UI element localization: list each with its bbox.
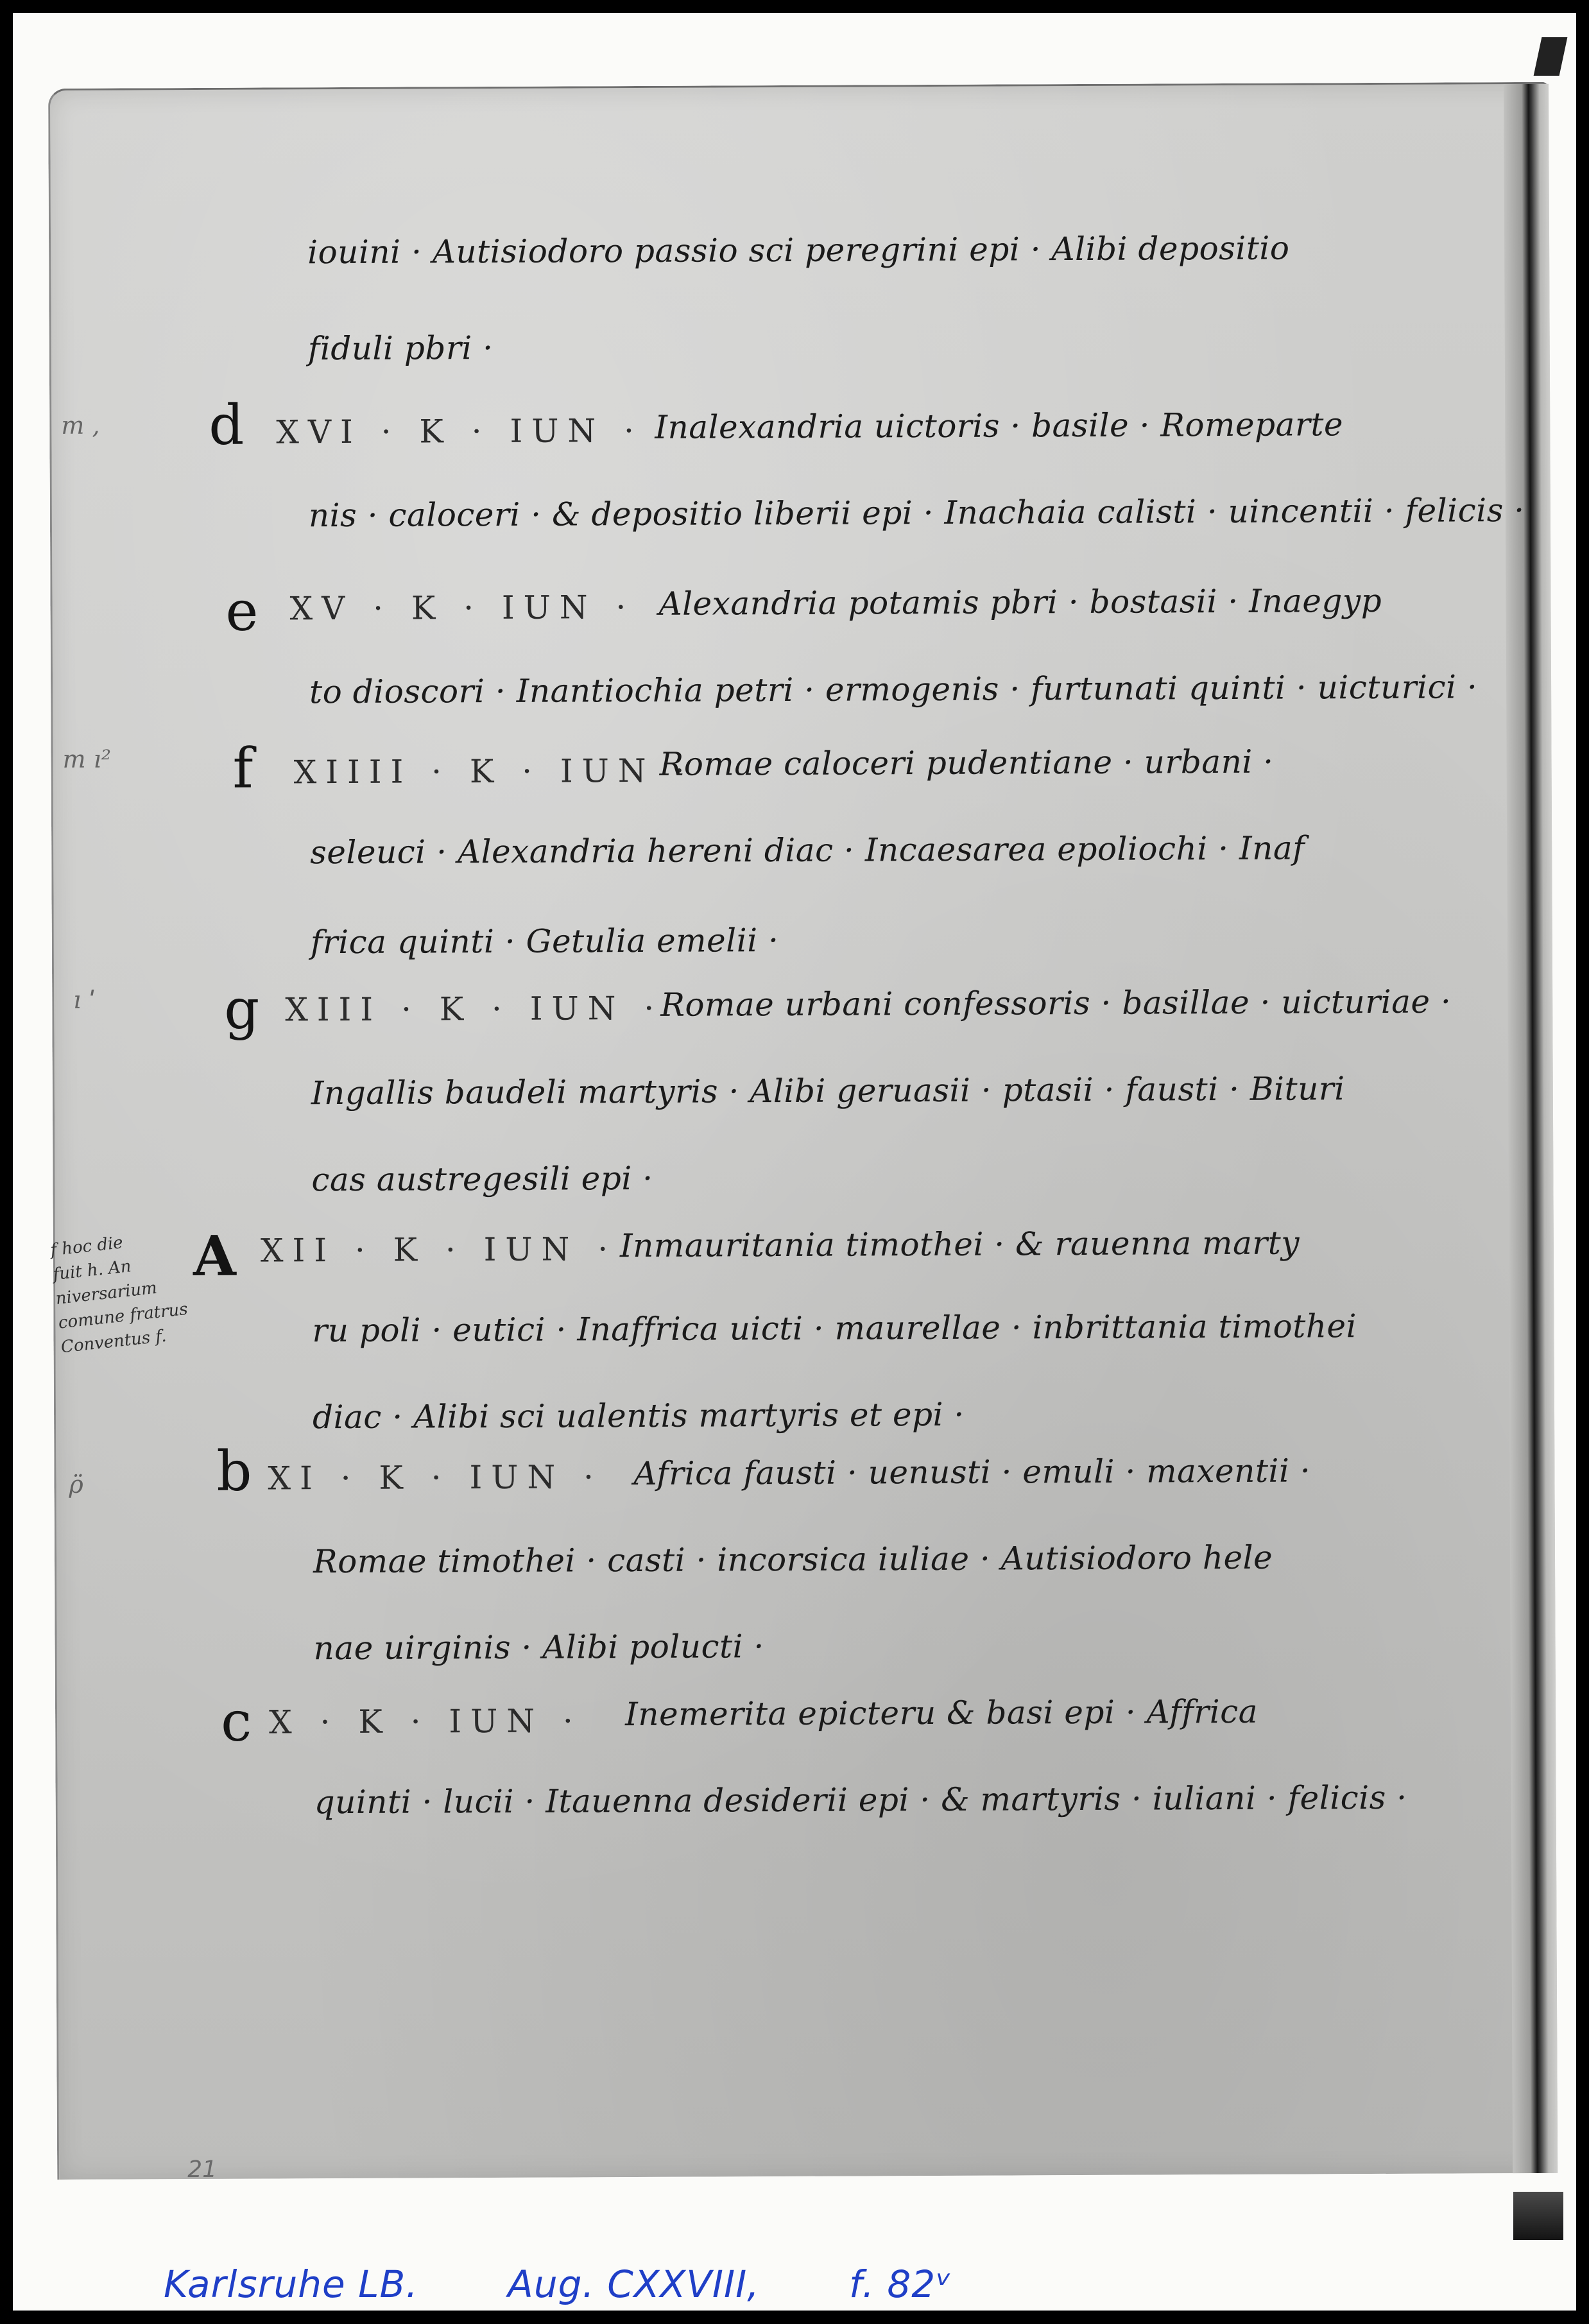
text-line: Alexandria potamis pbri · bostasii · Ina… [658, 582, 1382, 623]
caption-folio: f. 82ᵛ [849, 2262, 952, 2306]
margin-mark: ρ̈ [69, 1470, 83, 1499]
margin-mark: ı ˈ [73, 986, 96, 1014]
text-line: Africa fausti · uenusti · emuli · maxent… [633, 1452, 1310, 1492]
binding-edge-bottom [1513, 2192, 1563, 2240]
text-line: Inmauritania timothei · & rauenna marty [620, 1225, 1300, 1265]
text-line: ru poli · eutici · Inaffrica uicti · mau… [312, 1307, 1357, 1349]
caption-library: Karlsruhe LB. [164, 2262, 418, 2306]
kalends-date: XI · K · IUN · [268, 1458, 603, 1497]
text-line: iouini · Autisiodoro passio sci peregrin… [307, 230, 1290, 271]
archival-caption: Karlsruhe LB. Aug. CXXVIII, f. 82ᵛ [164, 2262, 952, 2306]
margin-mark: m , [61, 411, 99, 440]
text-line: Romae timothei · casti · incorsica iulia… [313, 1539, 1273, 1581]
kalends-date: XIIII · K · IUN · [294, 752, 694, 791]
text-line: Romae urbani confessoris · basillae · ui… [660, 983, 1451, 1023]
text-line: cas austregesili epi · [311, 1160, 653, 1198]
margin-mark: m ı² [62, 745, 111, 773]
text-line: seleuci · Alexandria hereni diac · Incae… [310, 829, 1305, 871]
manuscript-folio: iouini · Autisiodoro passio sci peregrin… [48, 82, 1558, 2180]
text-line: quinti · lucii · Itauenna desiderii epi … [314, 1779, 1407, 1821]
dominical-letter: f [232, 741, 253, 796]
text-line: nae uirginis · Alibi polucti · [313, 1628, 764, 1667]
pencil-number: 21 [187, 2156, 217, 2183]
binding-edge-top [1534, 37, 1568, 76]
dominical-letter: e [225, 584, 258, 639]
kalends-date: X · K · IUN · [269, 1702, 582, 1741]
marginal-gloss: f hoc die fuit h. An niversarium comune … [49, 1221, 222, 1359]
kalends-date: XII · K · IUN · [261, 1230, 617, 1269]
kalends-date: XV · K · IUN · [289, 589, 635, 627]
text-line: to dioscori · Inantiochia petri · ermoge… [309, 668, 1477, 710]
text-line: Inalexandria uictoris · basile · Romepar… [655, 406, 1343, 446]
manuscript-text: iouini · Autisiodoro passio sci peregrin… [50, 84, 1558, 2180]
text-line: diac · Alibi sci ualentis martyris et ep… [313, 1396, 965, 1436]
text-line: Romae caloceri pudentiane · urbani · [659, 743, 1273, 783]
kalends-date: XIII · K · IUN · [285, 990, 663, 1029]
dominical-letter: d [209, 398, 244, 453]
text-line: Ingallis baudeli martyris · Alibi geruas… [311, 1070, 1345, 1112]
caption-shelfmark: Aug. CXXVIII, [508, 2262, 760, 2306]
dominical-letter: g [224, 982, 259, 1037]
dominical-letter: c [221, 1694, 252, 1750]
text-line: frica quinti · Getulia emelii · [311, 922, 779, 961]
kalends-date: XVI · K · IUN · [276, 412, 643, 451]
dominical-letter: b [216, 1444, 252, 1499]
text-line: Inemerita epicteru & basi epi · Affrica [625, 1693, 1258, 1733]
text-line: nis · caloceri · & depositio liberii epi… [309, 492, 1525, 534]
text-line: fiduli pbri · [308, 329, 494, 367]
photograph-mount: iouini · Autisiodoro passio sci peregrin… [13, 13, 1576, 2311]
